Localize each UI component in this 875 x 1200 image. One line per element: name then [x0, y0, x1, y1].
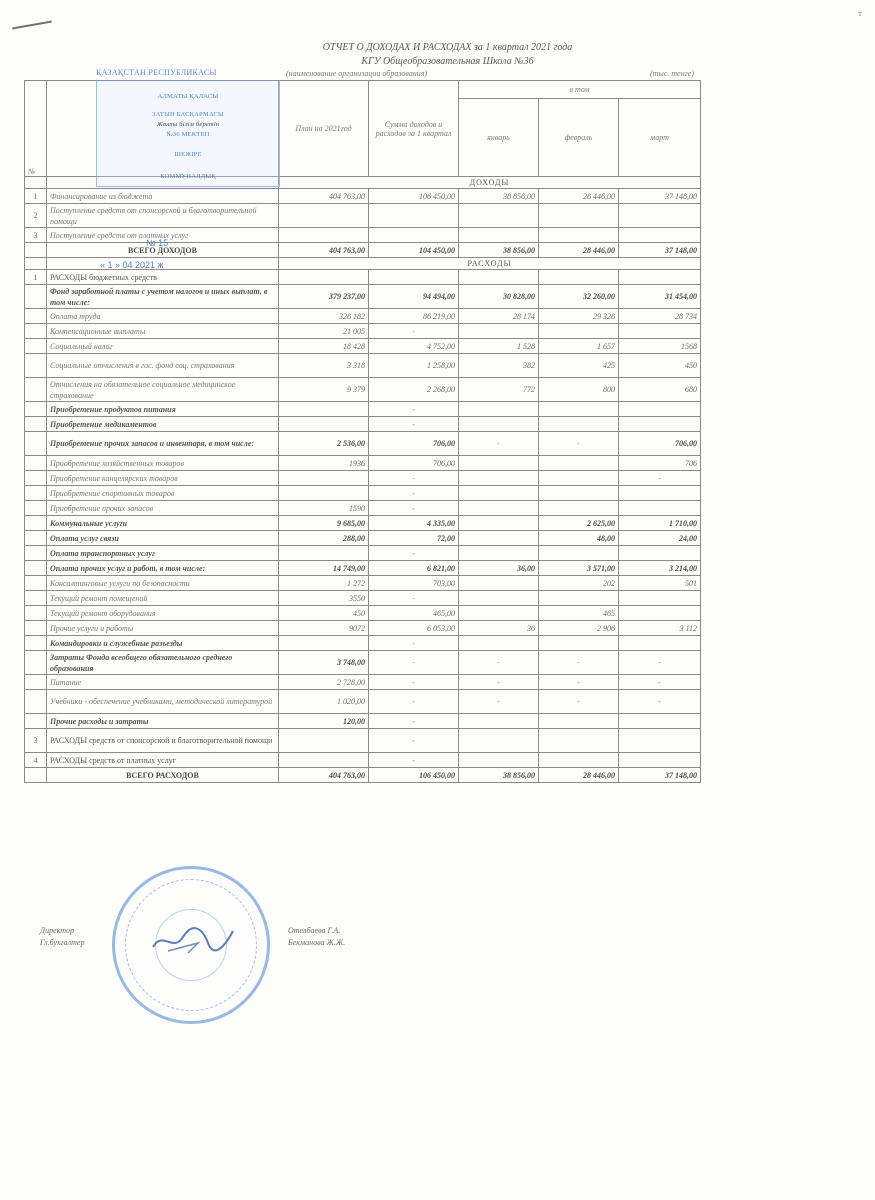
- cell-m1: [459, 471, 539, 486]
- row-number: [25, 768, 47, 783]
- table-row: Приобретение медикаментов-: [25, 417, 701, 432]
- row-label: Приобретение прочих запасов и инвентаря,…: [47, 432, 279, 456]
- cell-m3: [619, 402, 701, 417]
- table-row: Социальные отчисления в гос. фонд соц. с…: [25, 354, 701, 378]
- table-row: 4РАСХОДЫ средств от платных услуг-: [25, 753, 701, 768]
- table-row: Приобретение спортивных товаров-: [25, 486, 701, 501]
- row-label: Отчисления на обязательное социальное ме…: [47, 378, 279, 402]
- cell-m1: 382: [459, 354, 539, 378]
- cell-m3: [619, 729, 701, 753]
- row-number: [25, 402, 47, 417]
- cell-sum: -: [369, 486, 459, 501]
- cell-sum: -: [369, 417, 459, 432]
- cell-plan: 1 272: [279, 576, 369, 591]
- table-row: 3РАСХОДЫ средств от спонсорской и благот…: [25, 729, 701, 753]
- cell-sum: -: [369, 651, 459, 675]
- cell-sum: -: [369, 675, 459, 690]
- cell-sum: 72,00: [369, 531, 459, 546]
- table-row: 3Поступление средств от платных услуг: [25, 228, 701, 243]
- cell-m3: -: [619, 651, 701, 675]
- table-row: Отчисления на обязательное социальное ме…: [25, 378, 701, 402]
- column-header-months-group: в том: [459, 81, 701, 99]
- cell-plan: [279, 546, 369, 561]
- stamp-handwritten-number: № 15: [146, 238, 168, 248]
- cell-m3: 680: [619, 378, 701, 402]
- cell-m3: [619, 606, 701, 621]
- table-row: 2Поступление средств от спонсорской и бл…: [25, 204, 701, 228]
- cell-plan: [279, 402, 369, 417]
- table-row: Консалтинговые услуги по безопасности1 2…: [25, 576, 701, 591]
- cell-plan: [279, 471, 369, 486]
- table-row: Компенсационные выплаты21 005-: [25, 324, 701, 339]
- table-row: Питание2 728,00----: [25, 675, 701, 690]
- row-label: Учебники - обеспечение учебниками, метод…: [47, 690, 279, 714]
- table-total-row: ВСЕГО РАСХОДОВ404 763,00106 450,0038 856…: [25, 768, 701, 783]
- cell-plan: [279, 753, 369, 768]
- cell-plan: 288,00: [279, 531, 369, 546]
- cell-m2: [539, 636, 619, 651]
- cell-m1: [459, 324, 539, 339]
- table-row: Затраты Фонда всеобщего обязательного ср…: [25, 651, 701, 675]
- cell-m2: [539, 324, 619, 339]
- cell-m1: [459, 531, 539, 546]
- row-number: [25, 378, 47, 402]
- table-row: Приобретение канцелярских товаров--: [25, 471, 701, 486]
- cell-m3: 37 148,00: [619, 189, 701, 204]
- row-label: Оплата услуг связи: [47, 531, 279, 546]
- signatory-name: Отелбаева Г.А.: [288, 926, 340, 935]
- cell-sum: 6 821,00: [369, 561, 459, 576]
- cell-plan: 21 005: [279, 324, 369, 339]
- cell-plan: [279, 270, 369, 285]
- cell-plan: 2 728,00: [279, 675, 369, 690]
- cell-m3: [619, 501, 701, 516]
- cell-m1: 38 856,00: [459, 243, 539, 258]
- cell-plan: 9 685,00: [279, 516, 369, 531]
- row-label: Приобретение хозяйственных товаров: [47, 456, 279, 471]
- cell-plan: 9072: [279, 621, 369, 636]
- cell-m3: 28 734: [619, 309, 701, 324]
- table-total-row: ВСЕГО ДОХОДОВ404 763,00104 450,0038 856,…: [25, 243, 701, 258]
- table-row: 1Финансирование из бюджета404 763,00106 …: [25, 189, 701, 204]
- row-number: [25, 243, 47, 258]
- row-label: РАСХОДЫ средств от спонсорской и благотв…: [47, 729, 279, 753]
- cell-m1: [459, 204, 539, 228]
- table-row: Командировки и служебные разъезды-: [25, 636, 701, 651]
- cell-sum: -: [369, 714, 459, 729]
- cell-m1: 36: [459, 621, 539, 636]
- cell-m1: 30 828,00: [459, 285, 539, 309]
- row-number: 3: [25, 729, 47, 753]
- stamp-line: ШЕЖІРЕ: [97, 151, 279, 158]
- table-row: Приобретение хозяйственных товаров193670…: [25, 456, 701, 471]
- report-title: ОТЧЕТ О ДОХОДАХ И РАСХОДАХ за 1 квартал …: [10, 42, 875, 53]
- cell-m3: 501: [619, 576, 701, 591]
- cell-empty: [25, 177, 47, 189]
- cell-m3: 1568: [619, 339, 701, 354]
- cell-sum: -: [369, 324, 459, 339]
- cell-sum: 706,00: [369, 456, 459, 471]
- cell-sum: -: [369, 471, 459, 486]
- table-row: Учебники - обеспечение учебниками, метод…: [25, 690, 701, 714]
- row-number: [25, 651, 47, 675]
- row-number: [25, 561, 47, 576]
- row-number: 4: [25, 753, 47, 768]
- signatory-role: Директор: [40, 926, 74, 935]
- cell-plan: [279, 228, 369, 243]
- cell-m2: [539, 714, 619, 729]
- cell-m3: [619, 270, 701, 285]
- cell-plan: 3550: [279, 591, 369, 606]
- cell-m1: 38 856,00: [459, 189, 539, 204]
- stamp-line: АЛМАТЫ ҚАЛАСЫ: [97, 93, 279, 100]
- row-number: [25, 606, 47, 621]
- row-number: [25, 471, 47, 486]
- cell-m1: -: [459, 690, 539, 714]
- cell-m2: 3 571,00: [539, 561, 619, 576]
- cell-m2: -: [539, 675, 619, 690]
- cell-m2: 32 260,00: [539, 285, 619, 309]
- row-number: 2: [25, 204, 47, 228]
- row-label: Компенсационные выплаты: [47, 324, 279, 339]
- cell-m1: [459, 753, 539, 768]
- row-label: Финансирование из бюджета: [47, 189, 279, 204]
- cell-m2: [539, 729, 619, 753]
- cell-m3: [619, 324, 701, 339]
- cell-sum: -: [369, 501, 459, 516]
- row-number: [25, 417, 47, 432]
- cell-plan: 404 763,00: [279, 768, 369, 783]
- cell-sum: -: [369, 753, 459, 768]
- row-number: [25, 309, 47, 324]
- cell-sum: 2 268,00: [369, 378, 459, 402]
- cell-m1: 1 528: [459, 339, 539, 354]
- cell-plan: [279, 204, 369, 228]
- cell-m2: [539, 471, 619, 486]
- row-label: Оплата транспортных услуг: [47, 546, 279, 561]
- row-number: [25, 285, 47, 309]
- cell-m2: [539, 486, 619, 501]
- cell-plan: 1 020,00: [279, 690, 369, 714]
- row-label: РАСХОДЫ средств от платных услуг: [47, 753, 279, 768]
- cell-sum: 104 450,00: [369, 243, 459, 258]
- cell-m3: 450: [619, 354, 701, 378]
- cell-m2: [539, 456, 619, 471]
- scanned-report-page: ᵀ ОТЧЕТ О ДОХОДАХ И РАСХОДАХ за 1 кварта…: [0, 0, 875, 1200]
- row-number: [25, 576, 47, 591]
- column-header-plan: План на 2021год: [279, 81, 369, 177]
- cell-plan: 1590: [279, 501, 369, 516]
- row-label: Текущий ремонт помещений: [47, 591, 279, 606]
- cell-plan: [279, 729, 369, 753]
- cell-m3: 31 454,00: [619, 285, 701, 309]
- column-header-quarter-sum: Сумма доходов и расходов за 1 квартал: [369, 81, 459, 177]
- cell-m2: [539, 270, 619, 285]
- row-number: [25, 714, 47, 729]
- row-label: Приобретение спортивных товаров: [47, 486, 279, 501]
- cell-m2: [539, 228, 619, 243]
- cell-sum: 1 258,00: [369, 354, 459, 378]
- cell-m3: [619, 636, 701, 651]
- blue-stamp-header: АЛМАТЫ ҚАЛАСЫ ЗАТЫН БАСҚАРМАСЫ Жалпы біл…: [96, 80, 280, 187]
- cell-m1: [459, 417, 539, 432]
- cell-m1: [459, 456, 539, 471]
- cell-m3: 706: [619, 456, 701, 471]
- cell-m1: 28 174: [459, 309, 539, 324]
- row-label: Социальные отчисления в гос. фонд соц. с…: [47, 354, 279, 378]
- cell-plan: 450: [279, 606, 369, 621]
- cell-m3: [619, 204, 701, 228]
- cell-m3: [619, 228, 701, 243]
- cell-sum: 706,00: [369, 432, 459, 456]
- cell-m1: [459, 228, 539, 243]
- row-number: [25, 324, 47, 339]
- cell-plan: [279, 486, 369, 501]
- row-number: [25, 432, 47, 456]
- cell-plan: 9 379: [279, 378, 369, 402]
- cell-m2: 465: [539, 606, 619, 621]
- row-label: Социальный налог: [47, 339, 279, 354]
- row-number: [25, 636, 47, 651]
- row-label: Консалтинговые услуги по безопасности: [47, 576, 279, 591]
- cell-m2: 29 328: [539, 309, 619, 324]
- cell-plan: 379 237,00: [279, 285, 369, 309]
- cell-m3: 1 710,00: [619, 516, 701, 531]
- signature-icon: [148, 925, 238, 955]
- corner-mark: ᵀ: [858, 10, 862, 22]
- cell-m3: 24,00: [619, 531, 701, 546]
- cell-m1: [459, 270, 539, 285]
- cell-sum: 106 450,00: [369, 768, 459, 783]
- cell-plan: 3 748,00: [279, 651, 369, 675]
- cell-m1: 772: [459, 378, 539, 402]
- cell-m2: 800: [539, 378, 619, 402]
- table-row: Текущий ремонт оборудования450465,00465: [25, 606, 701, 621]
- signatory-role: Гл.бухгалтер: [40, 938, 84, 947]
- cell-sum: 94 494,00: [369, 285, 459, 309]
- cell-m2: 28 446,00: [539, 243, 619, 258]
- cell-empty: [25, 258, 47, 270]
- cell-plan: 18 428: [279, 339, 369, 354]
- cell-m2: [539, 204, 619, 228]
- stamp-line: ЗАТЫН БАСҚАРМАСЫ: [97, 111, 279, 118]
- cell-m3: [619, 546, 701, 561]
- cell-m1: [459, 486, 539, 501]
- cell-sum: 703,00: [369, 576, 459, 591]
- row-label: Поступление средств от спонсорской и бла…: [47, 204, 279, 228]
- row-label: Затраты Фонда всеобщего обязательного ср…: [47, 651, 279, 675]
- stamp-line: КОММУНАЛДЫҚ: [97, 173, 279, 180]
- row-number: [25, 690, 47, 714]
- cell-plan: 328 182: [279, 309, 369, 324]
- cell-sum: 106 450,00: [369, 189, 459, 204]
- row-number: [25, 501, 47, 516]
- cell-sum: -: [369, 636, 459, 651]
- cell-plan: [279, 636, 369, 651]
- row-label: Приобретение канцелярских товаров: [47, 471, 279, 486]
- table-row: Приобретение прочих запасов1590-: [25, 501, 701, 516]
- row-number: [25, 456, 47, 471]
- cell-m2: [539, 546, 619, 561]
- row-number: 1: [25, 270, 47, 285]
- cell-m2: [539, 417, 619, 432]
- row-label: Прочие услуги и работы: [47, 621, 279, 636]
- table-row: Прочие услуги и работы90726 053,00362 90…: [25, 621, 701, 636]
- cell-sum: -: [369, 591, 459, 606]
- cell-sum: -: [369, 402, 459, 417]
- row-number: [25, 339, 47, 354]
- cell-plan: 404 763,00: [279, 243, 369, 258]
- column-header-march: март: [619, 99, 701, 177]
- cell-m2: 1 657: [539, 339, 619, 354]
- cell-plan: 2 536,00: [279, 432, 369, 456]
- table-row: Оплата труда328 18286 219,0028 17429 328…: [25, 309, 701, 324]
- column-header-january: январь: [459, 99, 539, 177]
- cell-plan: 404 763,00: [279, 189, 369, 204]
- cell-sum: 86 219,00: [369, 309, 459, 324]
- cell-m3: 3 112: [619, 621, 701, 636]
- organization-name: КГУ Общеобразовательная Школа №36: [10, 56, 875, 67]
- row-number: [25, 354, 47, 378]
- cell-m1: [459, 402, 539, 417]
- cell-m1: [459, 576, 539, 591]
- cell-sum: 4 335,00: [369, 516, 459, 531]
- cell-sum: 6 053,00: [369, 621, 459, 636]
- cell-plan: [279, 417, 369, 432]
- cell-sum: -: [369, 690, 459, 714]
- cell-m2: -: [539, 690, 619, 714]
- table-row: Оплата транспортных услуг-: [25, 546, 701, 561]
- cell-m3: [619, 714, 701, 729]
- cell-m1: [459, 591, 539, 606]
- cell-m1: -: [459, 675, 539, 690]
- row-label: Прочие расходы и затраты: [47, 714, 279, 729]
- cell-m3: 706,00: [619, 432, 701, 456]
- cell-m2: 48,00: [539, 531, 619, 546]
- column-header-number: №: [25, 81, 47, 177]
- table-row: Фонд заработной платы с учетом налогов и…: [25, 285, 701, 309]
- cell-plan: 1936: [279, 456, 369, 471]
- column-header-february: февраль: [539, 99, 619, 177]
- cell-m2: 425: [539, 354, 619, 378]
- row-label: Оплата труда: [47, 309, 279, 324]
- cell-m3: -: [619, 471, 701, 486]
- cell-sum: -: [369, 729, 459, 753]
- cell-m1: [459, 546, 539, 561]
- table-row: Приобретение продуктов питания-: [25, 402, 701, 417]
- cell-m2: [539, 753, 619, 768]
- row-label: Питание: [47, 675, 279, 690]
- row-number: [25, 591, 47, 606]
- stamp-country-text: ҚАЗАҚСТАН РЕСПУБЛИКАСЫ: [96, 68, 217, 77]
- row-number: [25, 531, 47, 546]
- stamp-line: №36 МЕКТЕП: [97, 131, 279, 138]
- cell-plan: 14 749,00: [279, 561, 369, 576]
- table-row: Социальный налог18 4284 752,001 5281 657…: [25, 339, 701, 354]
- cell-m1: -: [459, 651, 539, 675]
- table-row: Коммунальные услуги9 685,004 335,002 625…: [25, 516, 701, 531]
- cell-m2: [539, 591, 619, 606]
- row-number: [25, 675, 47, 690]
- row-number: [25, 486, 47, 501]
- table-row: Оплата прочих услуг и работ, в том числе…: [25, 561, 701, 576]
- row-label: Приобретение медикаментов: [47, 417, 279, 432]
- cell-sum: -: [369, 546, 459, 561]
- cell-sum: [369, 204, 459, 228]
- stamp-line: Жалпы білім беретін: [97, 121, 279, 128]
- cell-m3: [619, 417, 701, 432]
- row-label: Приобретение продуктов питания: [47, 402, 279, 417]
- cell-plan: 3 318: [279, 354, 369, 378]
- signatory-name: Бекманова Ж.Ж.: [288, 938, 345, 947]
- cell-m2: 28 446,00: [539, 768, 619, 783]
- cell-m1: [459, 606, 539, 621]
- cell-m1: [459, 636, 539, 651]
- row-number: 1: [25, 189, 47, 204]
- cell-m1: 38 856,00: [459, 768, 539, 783]
- table-row: Приобретение прочих запасов и инвентаря,…: [25, 432, 701, 456]
- table-row: Прочие расходы и затраты120,00-: [25, 714, 701, 729]
- row-number: 3: [25, 228, 47, 243]
- cell-m1: [459, 516, 539, 531]
- cell-m1: [459, 729, 539, 753]
- row-label: Командировки и служебные разъезды: [47, 636, 279, 651]
- table-row: Текущий ремонт помещений3550-: [25, 591, 701, 606]
- cell-m1: -: [459, 432, 539, 456]
- cell-sum: 4 752,00: [369, 339, 459, 354]
- cell-m3: [619, 753, 701, 768]
- row-label: Коммунальные услуги: [47, 516, 279, 531]
- table-row: 1РАСХОДЫ бюджетных средств: [25, 270, 701, 285]
- cell-sum: 465,00: [369, 606, 459, 621]
- cell-m2: 28 446,00: [539, 189, 619, 204]
- cell-m3: -: [619, 675, 701, 690]
- cell-m1: 36,00: [459, 561, 539, 576]
- cell-m3: 37 148,00: [619, 243, 701, 258]
- cell-m2: 2 906: [539, 621, 619, 636]
- cell-m1: [459, 714, 539, 729]
- cell-m3: 3 214,00: [619, 561, 701, 576]
- cell-m3: 37 148,00: [619, 768, 701, 783]
- cell-plan: 120,00: [279, 714, 369, 729]
- cell-m2: 2 625,00: [539, 516, 619, 531]
- row-number: [25, 516, 47, 531]
- cell-m2: [539, 501, 619, 516]
- row-label: Оплата прочих услуг и работ, в том числе…: [47, 561, 279, 576]
- row-label: Фонд заработной платы с учетом налогов и…: [47, 285, 279, 309]
- stamp-date: « 1 » 04 2021 ж: [100, 260, 164, 270]
- unit-caption: (тыс. тенге): [650, 69, 694, 78]
- table-row: Оплата услуг связи288,0072,0048,0024,00: [25, 531, 701, 546]
- cell-m2: 202: [539, 576, 619, 591]
- row-number: [25, 546, 47, 561]
- cell-m2: -: [539, 651, 619, 675]
- org-type-caption: (наименование организации образования): [286, 69, 427, 78]
- cell-m2: [539, 402, 619, 417]
- cell-m3: [619, 486, 701, 501]
- section-title: РАСХОДЫ: [279, 258, 701, 270]
- cell-sum: [369, 270, 459, 285]
- cell-sum: [369, 228, 459, 243]
- cell-m3: -: [619, 690, 701, 714]
- cell-m2: -: [539, 432, 619, 456]
- row-label: Текущий ремонт оборудования: [47, 606, 279, 621]
- pen-mark: [12, 21, 52, 30]
- row-label: РАСХОДЫ бюджетных средств: [47, 270, 279, 285]
- row-number: [25, 621, 47, 636]
- row-label: ВСЕГО РАСХОДОВ: [47, 768, 279, 783]
- cell-m3: [619, 591, 701, 606]
